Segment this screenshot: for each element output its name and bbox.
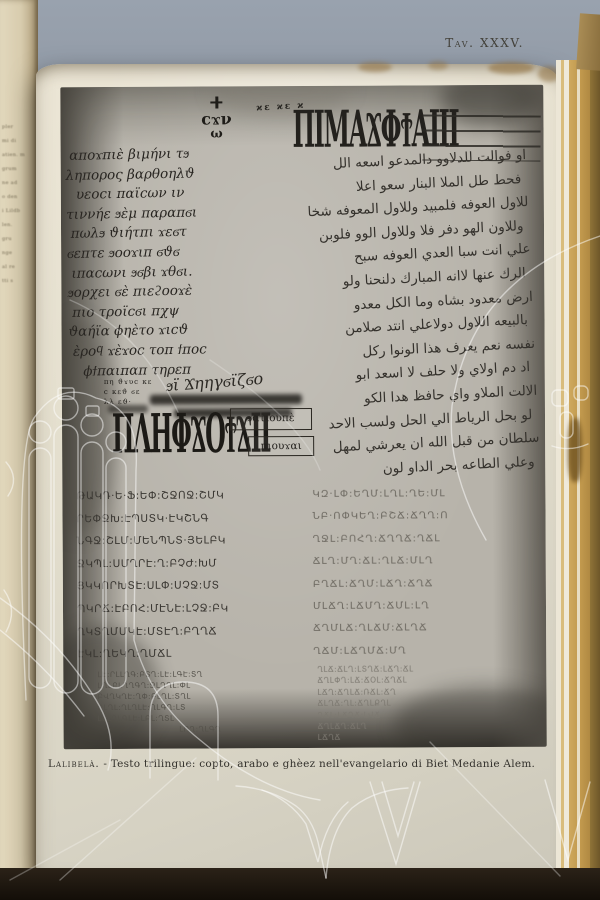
geez-line: ՄԼՃՂ:ԼՃՄՂ:ՃՄԼ:ԼՂ <box>313 595 541 619</box>
geez-line: ՂՋԼ:ԲՈՀՂ:ՃՂՂՃ:ՂՃԼ <box>313 528 541 552</box>
rubric-line: πη ϑϫυϲ κε <box>104 377 153 387</box>
caption-separator: - <box>100 758 111 770</box>
facing-page-text-line: nge <box>2 246 32 260</box>
geez-line: ԼՃՂՃ <box>318 731 543 744</box>
geez-line: ՋԿՊԼ:ՍՄՂՐԷ:Ղ:ԲՉԺ:ԽՄ <box>77 552 311 576</box>
facing-page-text-line: mi di <box>2 134 32 148</box>
geez-line: ԼՈՂ:ՂԼԳՂ <box>98 723 303 735</box>
book-corner <box>576 13 600 71</box>
caption-site-name: Lalibelà. <box>48 758 100 770</box>
geez-right-column-small: ՂԼՃ:ՃԼՂ:ԼՏՂՃ:ԼՃՂ:ՃԼՃՂԼՓՂ:ԼՃ:ՃՕԼ:ՃՂՃԼԼՃՂ:… <box>317 663 542 744</box>
geez-line: ՃԼՂ:ՄՂ:ՃԼ:ՂԼՃ:ՄԼՂ <box>313 550 541 574</box>
cross-icon <box>210 96 222 108</box>
geez-line: ՊԿՐՃ:ԷԲՈՀ:ՄԷՆԷ:ԼՉՋ:ԲԿ <box>77 597 311 621</box>
facing-page-edge: plermi diatien. mgrumne ado deni Lildble… <box>0 0 38 900</box>
boxed-coptic-label: ϧατιουπὲ <box>230 408 312 430</box>
foxing-spot <box>428 61 448 70</box>
facing-page-text-line: ne ad <box>2 176 32 190</box>
geez-line: ՂՃՄ:ԼՃՂՄՃ:ՄՂ <box>313 640 541 664</box>
geez-line: ԷԿԼ:ՂԵԿՂ:ՂՄՃԼ <box>77 642 311 666</box>
facing-page-text-line: grum <box>2 162 32 176</box>
fore-edge-stain <box>568 418 582 482</box>
geez-left-column-small: ԼԷ:ՐԼԼՂԳ:ԲՏՂ:ԼԷ:ԼԳԷ:ՏՂԼՂԼԲԼՂՂԳՂ:ՋԼՂՂԼ:ՓԼ… <box>97 668 302 735</box>
geez-line: ՃՂՄԼՃ:ՂԼՃՄ:ՃԼՂՃ <box>313 617 541 641</box>
page-edge-stripe <box>580 60 590 900</box>
rubric-line: ϲ κεϑ ϭε <box>104 387 153 397</box>
arabic-text-block: او فوالت للدلاوو دالمدعو اسعه اللفحط طل … <box>286 144 541 485</box>
facing-page-text-line: pler <box>2 120 32 134</box>
geez-line: ՐԵՓՋԽ:ԷՊՍՏԿ·ԷԿՇՆԳ <box>76 507 310 531</box>
geez-line: ՆԲ·ՈՓԿԵՂ:ԲՇՃ:ՃՂՂ:Ո <box>312 505 540 529</box>
plate-number-label: Tav. XXXV. <box>404 36 524 50</box>
foxing-spot <box>488 62 534 74</box>
monogram-omega: ω <box>188 126 244 141</box>
geez-left-column: ԹԱԿԴ·Ե·Ֆ:ԵՓ:ՇՋՈՋ:ՇՄԿՐԵՓՋԽ:ԷՊՍՏԿ·ԷԿՇՆԳՆԳՋ… <box>76 484 311 666</box>
geez-line: ԿԶ·ԼՓ:ԵՂՄ:ԼՂԼ:ՂԵ:ՄԼ <box>312 483 540 507</box>
facing-page-text-fragments: plermi diatien. mgrumne ado deni Lildble… <box>2 120 32 288</box>
geez-line: ԲՂՃԼ:ՃՂՄ:ԼՃՂ:ՃՂՃ <box>313 572 541 596</box>
facing-page-text-line: tti s <box>2 274 32 288</box>
page-edge-stripe <box>590 60 600 900</box>
boxed-coptic-label: πιουϫαι <box>248 436 314 456</box>
facing-page-text-line: i Lildb <box>2 204 32 218</box>
book-fore-edge <box>556 60 600 900</box>
geez-line: ԹԱԿԴ·Ե·Ֆ:ԵՓ:ՇՋՈՋ:ՇՄԿ <box>76 484 310 508</box>
facing-page-text-line: atien. m <box>2 148 32 162</box>
geez-line: ՆԳՋ:ՇԼՄ:ՄԵՆՊՆՏ·ՅԵԼԲԿ <box>77 529 311 553</box>
plate-caption: Lalibelà. - Testo trilingue: copto, arab… <box>48 758 534 770</box>
background-shadow <box>0 868 600 900</box>
coptic-cross-monogram: ϲϫν ω <box>188 96 244 141</box>
coptic-text-block: αποϫπιὲ βιμήνι τϧληπορος βαρθοηλϑυεοϲι π… <box>65 142 319 382</box>
plate-page: Tav. XXXV. ϲϫν ω ϰε ϰε ϰ ΠΙΜΑϪΦϮΑΙΙΙ απο… <box>36 64 558 872</box>
facing-page-text-line: len. <box>2 218 32 232</box>
foxing-spot <box>358 62 392 72</box>
open-book-photo: plermi diatien. mgrumne ado deni Lildble… <box>0 0 600 900</box>
caption-text: Testo trilingue: copto, arabo e ghèez ne… <box>111 758 535 770</box>
manuscript-photo: ϲϫν ω ϰε ϰε ϰ ΠΙΜΑϪΦϮΑΙΙΙ αποϫπιὲ βιμήνι… <box>60 85 546 750</box>
facing-page-text-line: o den <box>2 190 32 204</box>
geez-line: ՅԿԿՈՐԽՏԷ:ՍԼՓ:ՍՉՋ:ՄՏ <box>77 574 311 598</box>
geez-line: ՂԿՏՂՄՄԿԷ:ՄՏԷՂ:ԲՂՂՃ <box>77 620 311 644</box>
geez-right-column: ԿԶ·ԼՓ:ԵՂՄ:ԼՂԼ:ՂԵ:ՄԼՆԲ·ՈՓԿԵՂ:ԲՇՃ:ՃՂՂ:ՈՂՋԼ… <box>312 483 541 663</box>
facing-page-text-line: gru <box>2 232 32 246</box>
facing-page-text-line: al re <box>2 260 32 274</box>
